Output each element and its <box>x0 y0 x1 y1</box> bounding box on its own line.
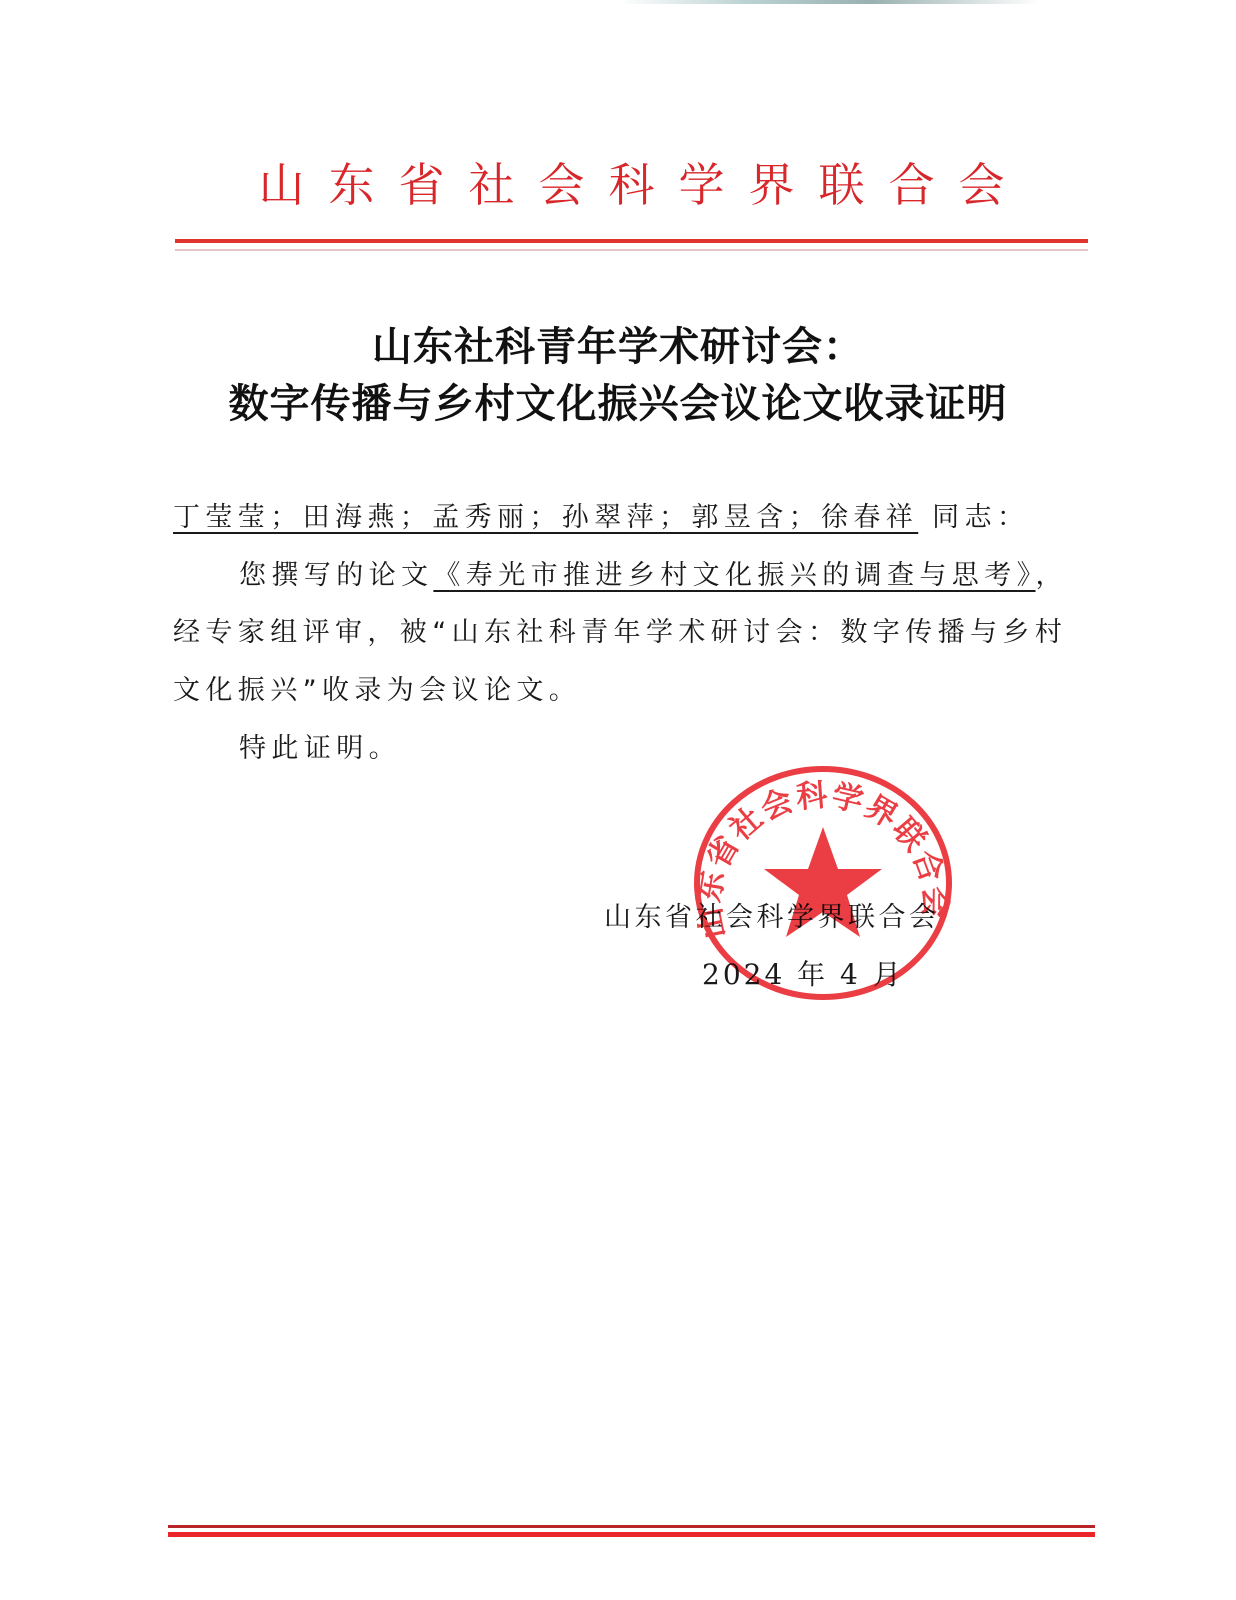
star-icon <box>764 827 882 937</box>
para1-comma: ， <box>1036 560 1068 591</box>
paragraph-line-2: 经专家组评审，被“山东社科青年学术研讨会：数字传播与乡村 <box>173 610 1067 649</box>
footer-rule-thin <box>168 1525 1095 1528</box>
letterhead-org-name: 山东省社会科学界联合会 <box>175 150 1088 220</box>
footer-rule-thick <box>168 1532 1095 1537</box>
paragraph-line-3: 文化振兴”收录为会议论文。 <box>173 668 581 707</box>
paragraph-line-1: 您撰写的论文《寿光市推进乡村文化振兴的调查与思考》， <box>239 553 1068 592</box>
salutation-suffix: 同志： <box>918 502 1029 533</box>
official-seal: 山东省社会科学界联合会 <box>692 765 954 1005</box>
para1-prefix: 您撰写的论文 <box>239 560 433 591</box>
document-title-line-1: 山东社科青年学术研讨会： <box>150 315 1086 372</box>
letterhead-rule-thin <box>175 249 1088 251</box>
scan-edge-artifact <box>620 0 1040 4</box>
paper-title: 《寿光市推进乡村文化振兴的调查与思考》 <box>433 560 1035 591</box>
salutation-line: 丁莹莹；田海燕；孟秀丽；孙翠萍；郭昱含；徐春祥 同志： <box>173 495 1029 534</box>
document-title-line-2: 数字传播与乡村文化振兴会议论文收录证明 <box>150 372 1086 429</box>
closing-line: 特此证明。 <box>239 726 401 765</box>
letterhead-rule-thick <box>175 239 1088 243</box>
recipient-names: 丁莹莹；田海燕；孟秀丽；孙翠萍；郭昱含；徐春祥 <box>173 502 918 533</box>
